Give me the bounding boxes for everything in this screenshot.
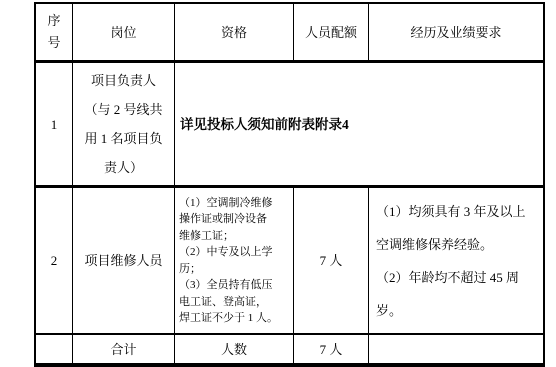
header-cell-serial-no: 序 号: [36, 4, 73, 63]
row1-position: 项目负责人 （与 2 号线共 用 1 名项目负 责人）: [73, 63, 175, 188]
row2-position: 项目维修人员: [73, 188, 175, 335]
total-row-label: 合计: [73, 335, 175, 363]
row2-serial-no: 2: [36, 188, 73, 335]
total-row-empty-experience: [369, 335, 543, 363]
header-cell-experience: 经历及业绩要求: [369, 4, 543, 63]
row1-serial-no: 1: [36, 63, 73, 188]
row2-quota: 7 人: [294, 188, 369, 335]
header-cell-qualification: 资格: [175, 4, 294, 63]
header-cell-position: 岗位: [73, 4, 175, 63]
total-row-count-label: 人数: [175, 335, 294, 363]
total-row-empty-serial: [36, 335, 73, 363]
row1-merged-note: 详见投标人须知前附表附录4: [175, 63, 543, 188]
row2-qualification: （1）空调制冷维修 操作证或制冷设备 维修工证； （2）中专及以上学 历； （3…: [175, 188, 294, 335]
row2-experience: （1）均须具有 3 年及以上 空调维修保养经验。 （2）年龄均不超过 45 周 …: [369, 188, 543, 335]
requirements-table: 序 号 岗位 资格 人员配额 经历及业绩要求 1 项目负责人 （与 2 号线共 …: [34, 2, 545, 367]
header-cell-quota: 人员配额: [294, 4, 369, 63]
total-row-quota: 7 人: [294, 335, 369, 363]
